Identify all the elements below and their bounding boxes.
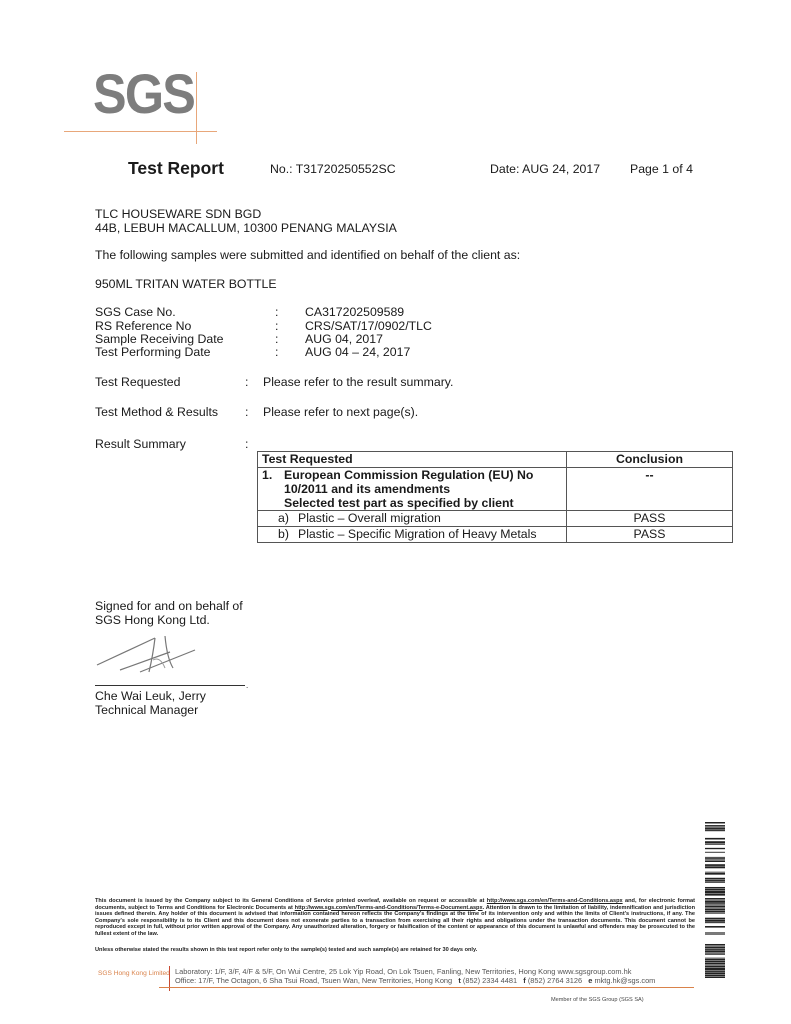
table-row: 1.European Commission Regulation (EU) No… <box>258 468 733 511</box>
logo-vertical-rule <box>196 72 197 144</box>
separator: : <box>275 345 278 359</box>
email-icon: e <box>588 976 592 985</box>
separator: : <box>275 319 278 333</box>
separator: : <box>245 375 248 389</box>
footer-phone: (852) 2334 4481 <box>463 976 517 985</box>
sgs-logo-text: SGS <box>93 64 194 124</box>
case-no-value: CA317202509589 <box>305 305 404 319</box>
item-conclusion: PASS <box>567 527 733 543</box>
footer-office-address: Office: 17/F, The Octagon, 6 Sha Tsui Ro… <box>175 976 452 985</box>
header-test-requested: Test Requested <box>258 452 567 468</box>
test-method-label: Test Method & Results <box>95 405 218 419</box>
retention-note: Unless otherwise stated the results show… <box>95 947 477 953</box>
signatory-title: Technical Manager <box>95 703 198 717</box>
footer-fax: (852) 2764 3126 <box>528 976 582 985</box>
regulation-cell: 1.European Commission Regulation (EU) No… <box>258 468 567 511</box>
signatory-name: Che Wai Leuk, Jerry <box>95 689 206 703</box>
table-row: b)Plastic – Specific Migration of Heavy … <box>258 527 733 543</box>
fax-icon: f <box>523 976 525 985</box>
item-conclusion: PASS <box>567 511 733 527</box>
separator: : <box>245 405 248 419</box>
signed-for-text: Signed for and on behalf of <box>95 599 243 613</box>
receiving-date-value: AUG 04, 2017 <box>305 332 383 346</box>
regulation-line-1: European Commission Regulation (EU) No <box>284 468 533 482</box>
intro-text: The following samples were submitted and… <box>95 248 520 262</box>
item-letter: b) <box>278 527 298 541</box>
result-summary-table: Test Requested Conclusion 1.European Com… <box>257 451 733 543</box>
rs-reference-value: CRS/SAT/17/0902/TLC <box>305 319 432 333</box>
sgs-logo: SGS <box>60 58 220 130</box>
client-address: 44B, LEBUH MACALLUM, 10300 PENANG MALAYS… <box>95 221 397 235</box>
separator: : <box>275 305 278 319</box>
report-date: Date: AUG 24, 2017 <box>490 162 600 176</box>
regulation-number: 1. <box>262 468 284 482</box>
signature-line-dot: . <box>246 681 248 690</box>
test-method-value: Please refer to next page(s). <box>263 405 418 419</box>
report-number: No.: T31720250552SC <box>270 162 396 176</box>
test-item-cell: b)Plastic – Specific Migration of Heavy … <box>258 527 567 543</box>
footer-laboratory-address: Laboratory: 1/F, 3/F, 4/F & 5/F, On Wui … <box>175 967 631 976</box>
terms-link[interactable]: http://www.sgs.com/en/Terms-and-Conditio… <box>487 898 623 904</box>
e-document-terms-link[interactable]: http://www.sgs.com/en/Terms-and-Conditio… <box>295 905 483 911</box>
performing-date-label: Test Performing Date <box>95 345 211 359</box>
header-conclusion: Conclusion <box>567 452 733 468</box>
separator: : <box>245 437 248 451</box>
report-title: Test Report <box>128 158 224 179</box>
performing-date-value: AUG 04 – 24, 2017 <box>305 345 410 359</box>
signed-company-text: SGS Hong Kong Ltd. <box>95 613 210 627</box>
footer-horizontal-rule <box>159 987 694 988</box>
regulation-line-2: 10/2011 and its amendments <box>262 482 562 496</box>
rs-reference-label: RS Reference No <box>95 319 191 333</box>
case-no-label: SGS Case No. <box>95 305 176 319</box>
footer-office-line: Office: 17/F, The Octagon, 6 Sha Tsui Ro… <box>175 976 655 985</box>
test-requested-label: Test Requested <box>95 375 180 389</box>
regulation-line-3: Selected test part as specified by clien… <box>262 496 562 510</box>
phone-icon: t <box>458 976 460 985</box>
table-row: a)Plastic – Overall migration PASS <box>258 511 733 527</box>
sample-name: 950ML TRITAN WATER BOTTLE <box>95 277 277 291</box>
client-name: TLC HOUSEWARE SDN BGD <box>95 207 261 221</box>
regulation-conclusion: -- <box>567 468 733 511</box>
receiving-date-label: Sample Receiving Date <box>95 332 224 346</box>
table-header-row: Test Requested Conclusion <box>258 452 733 468</box>
item-letter: a) <box>278 511 298 525</box>
signature-line <box>95 685 245 686</box>
signature-scribble <box>95 630 205 680</box>
disclaimer-text: This document is issued by the Company s… <box>95 898 695 938</box>
member-of-group-text: Member of the SGS Group (SGS SA) <box>551 997 644 1003</box>
page-number: Page 1 of 4 <box>630 162 693 176</box>
test-item-cell: a)Plastic – Overall migration <box>258 511 567 527</box>
disclaimer-part: This document is issued by the Company s… <box>95 898 487 904</box>
barcode-icon <box>705 822 725 978</box>
logo-horizontal-rule <box>64 131 217 132</box>
item-test: Plastic – Overall migration <box>298 511 441 525</box>
separator: : <box>275 332 278 346</box>
item-test: Plastic – Specific Migration of Heavy Me… <box>298 527 537 541</box>
test-requested-value: Please refer to the result summary. <box>263 375 453 389</box>
footer-company: SGS Hong Kong Limited <box>98 970 170 977</box>
result-summary-label: Result Summary <box>95 437 186 451</box>
footer-email: mktg.hk@sgs.com <box>594 976 655 985</box>
